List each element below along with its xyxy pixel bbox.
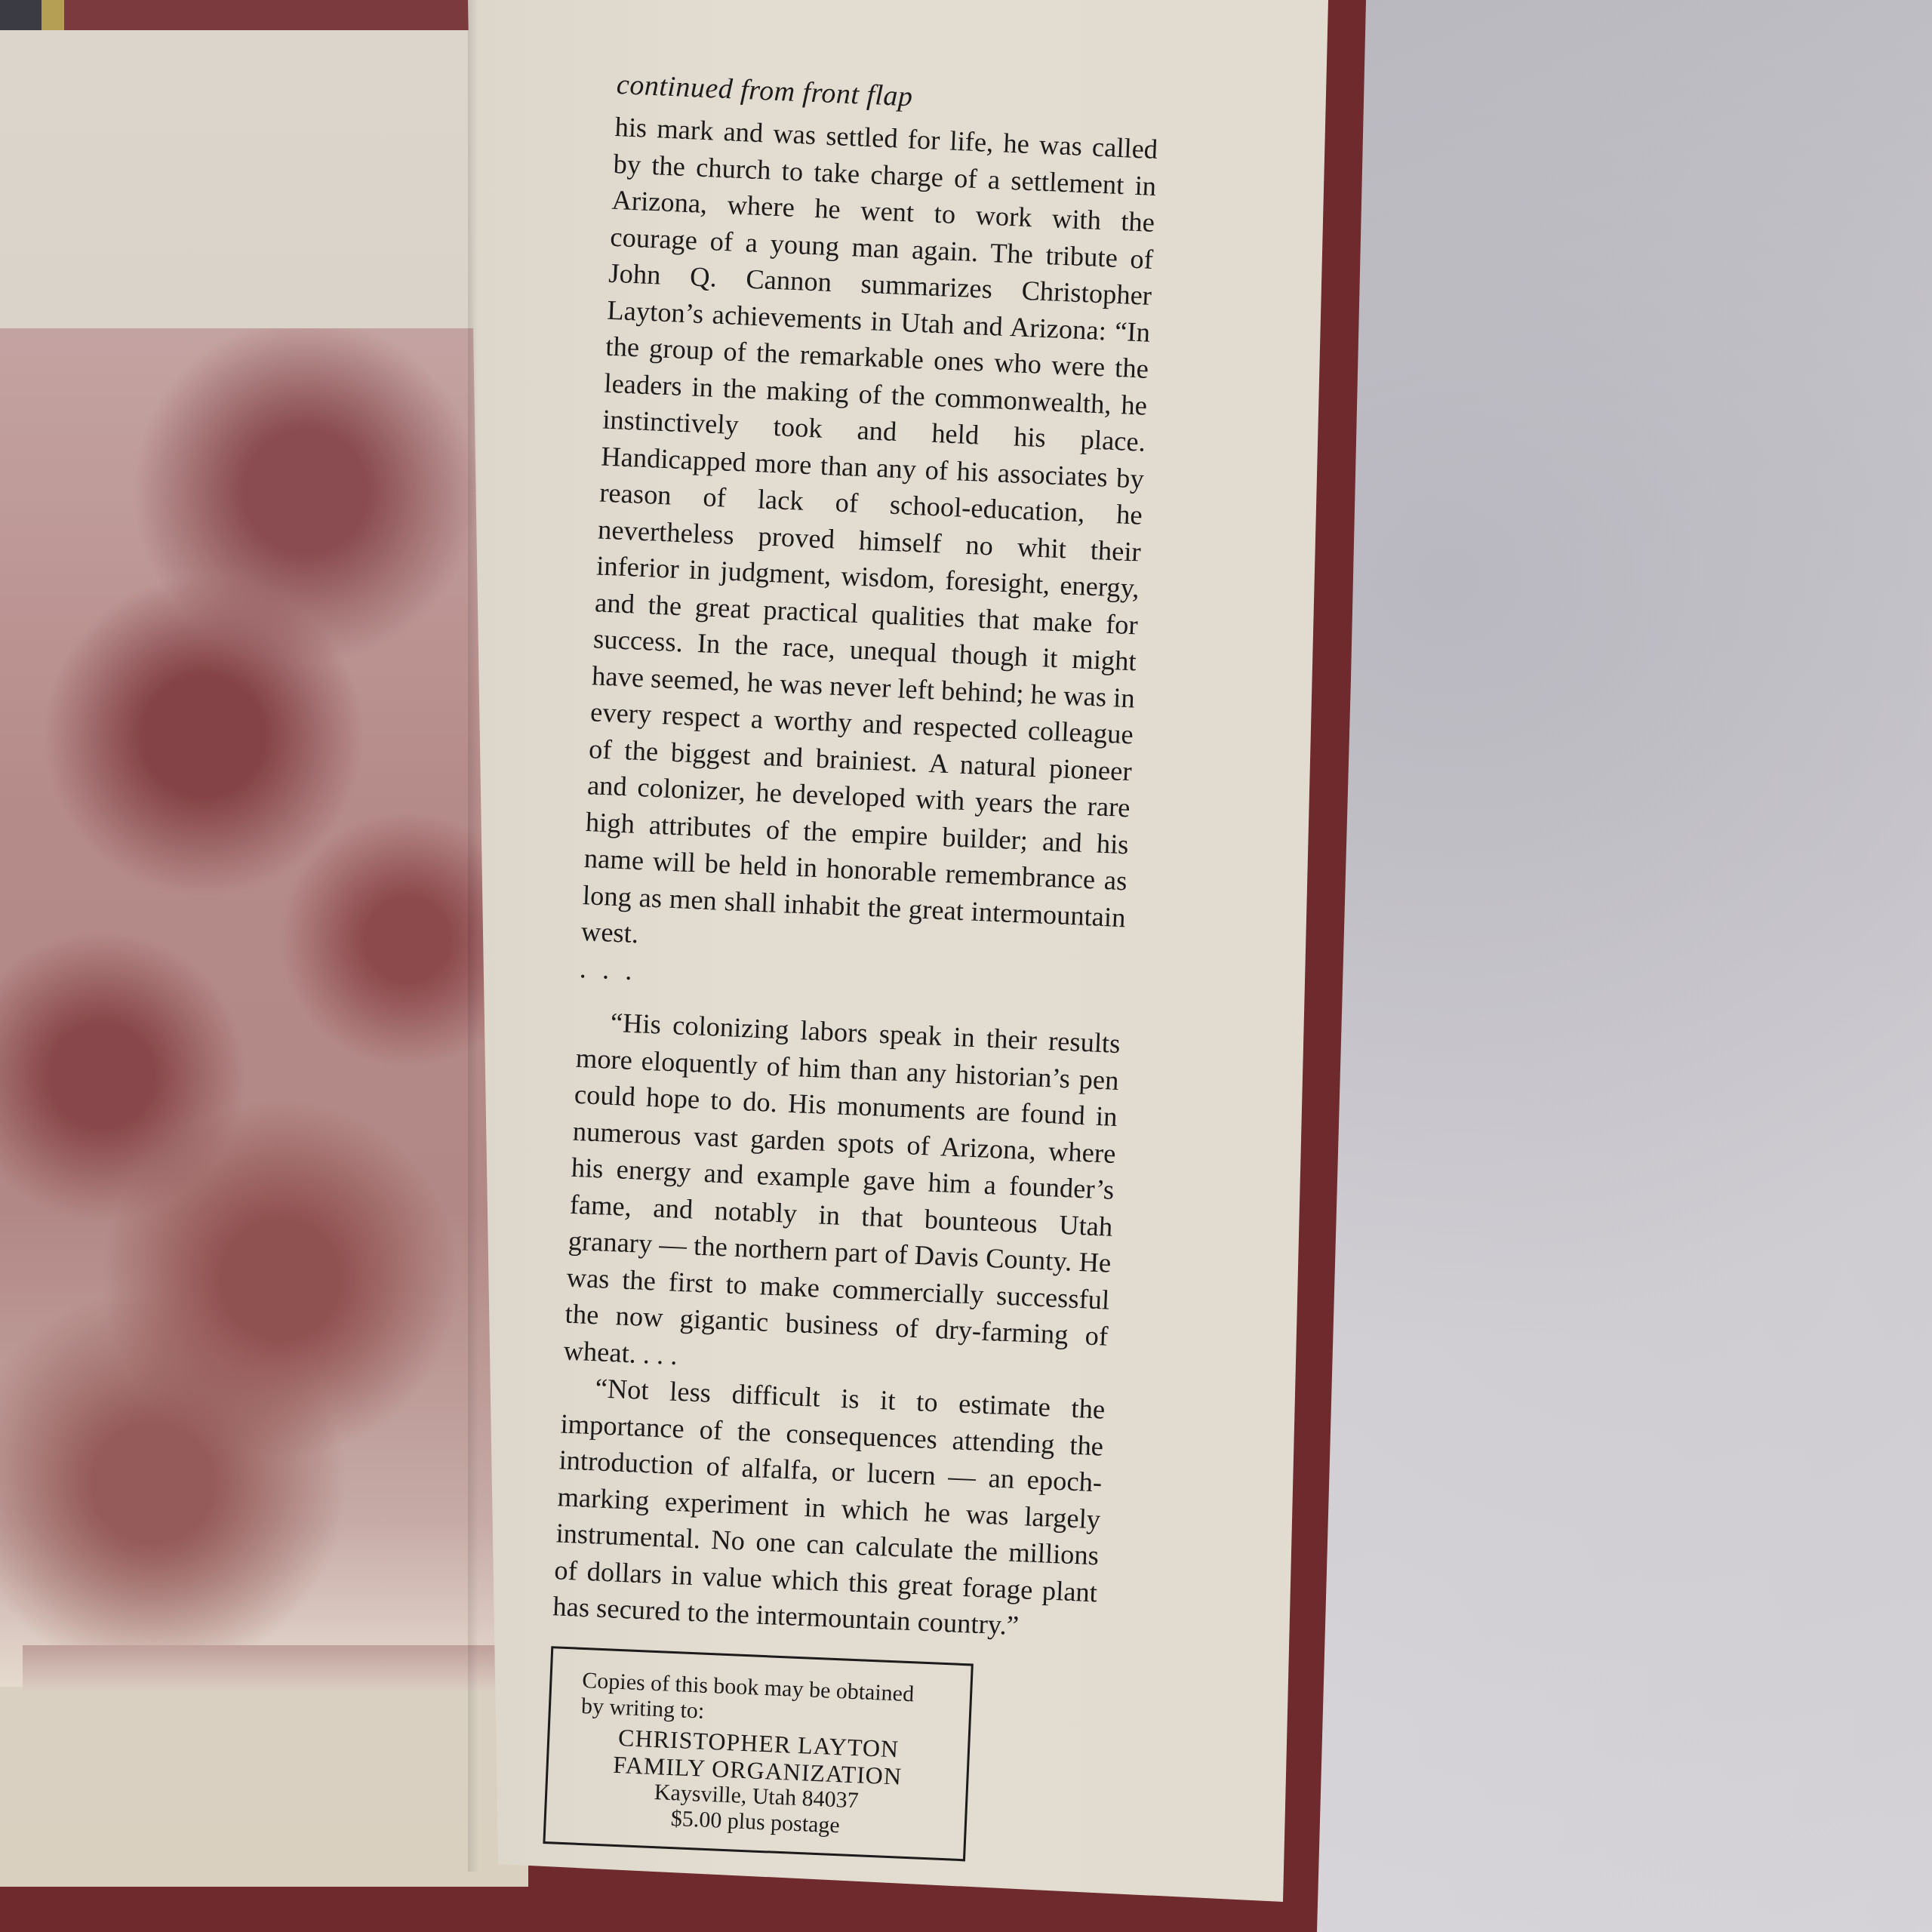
flap-body: his mark and was settled for life, he wa…: [552, 109, 1159, 1647]
cover-top-edge: [0, 0, 483, 30]
illustration-ground: [23, 1645, 509, 1690]
paragraph-tribute: his mark and was settled for life, he wa…: [580, 109, 1158, 973]
flap-edge-shadow: [468, 0, 478, 1872]
order-info-box: Copies of this book may be obtained by w…: [543, 1646, 973, 1861]
paragraph-colonizing: “His colonizing labors speak in their re…: [563, 1003, 1121, 1392]
sepia-tree-illustration: [0, 328, 509, 1687]
paragraph-alfalfa: “Not less difficult is it to estimate th…: [552, 1368, 1106, 1647]
flap-text-block: continued from front flap his mark and w…: [543, 68, 1160, 1866]
